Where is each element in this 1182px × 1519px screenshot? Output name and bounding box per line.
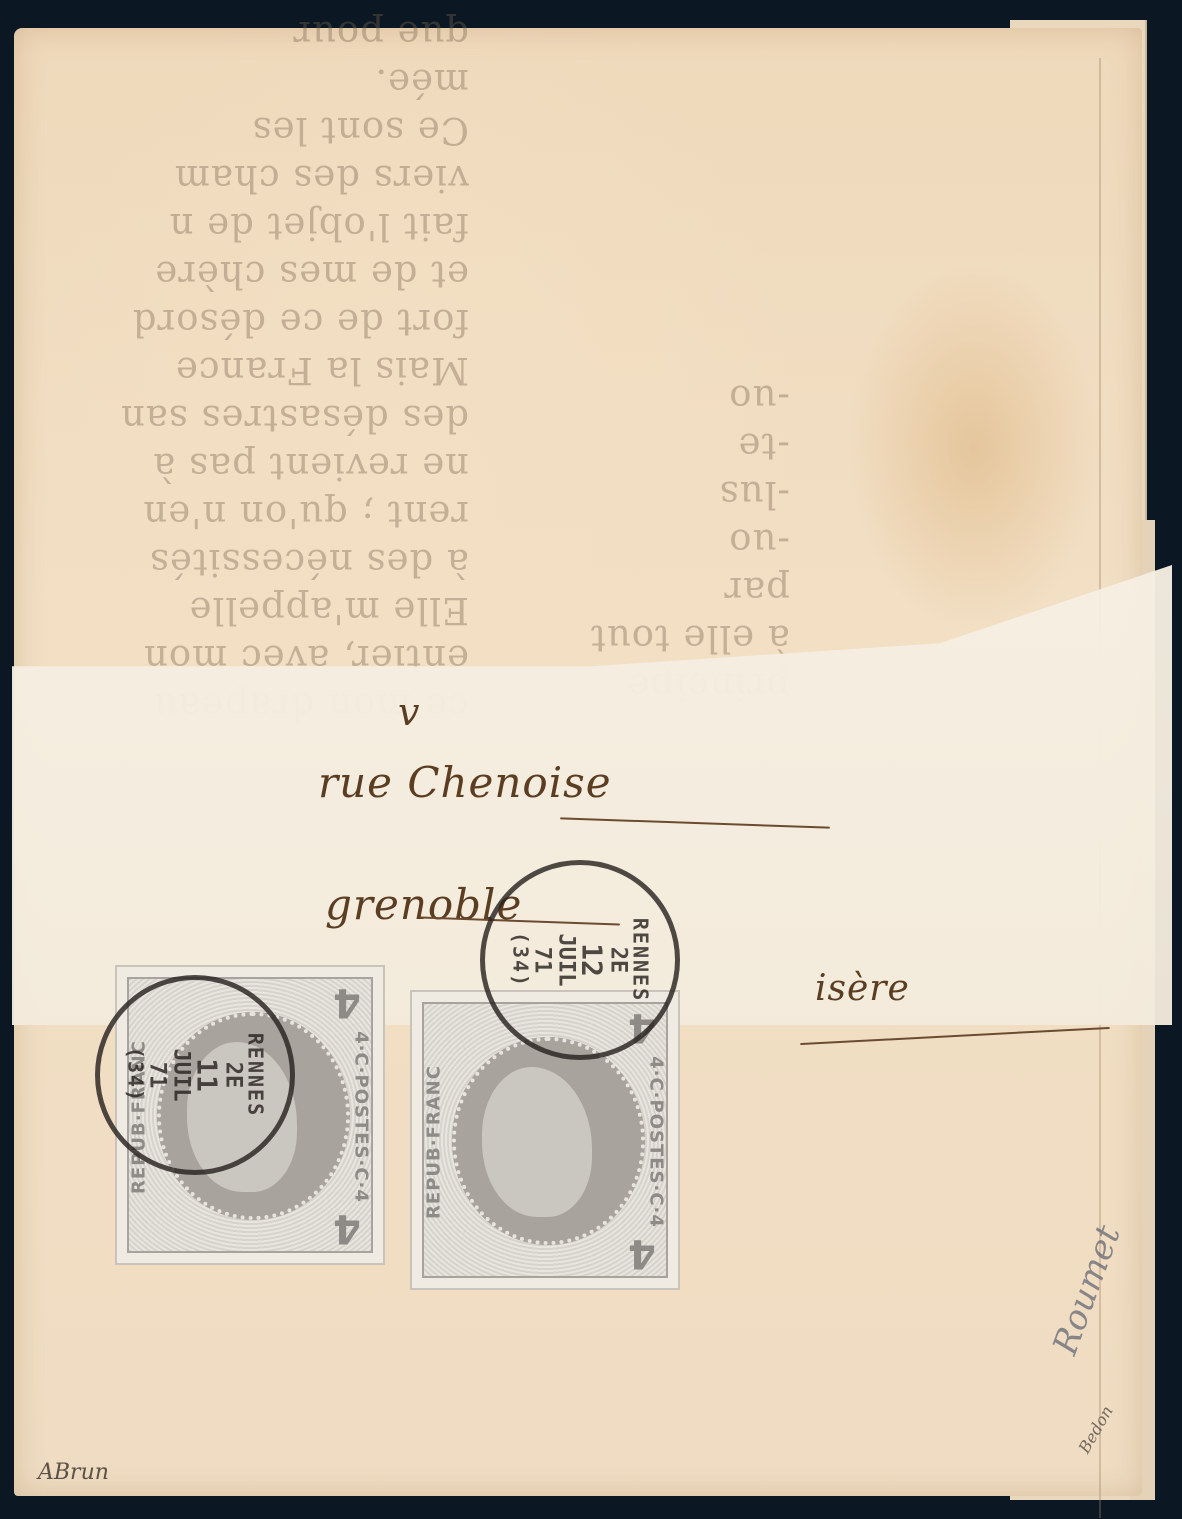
postmark-2-text: RENNES 2E 12 JUIL 71 (34) [510, 918, 651, 1002]
expert-mark-bottom-left: ABrun [38, 1460, 109, 1485]
postmark-year: 71 [531, 918, 554, 1002]
postmark-1-text: RENNES 2E 11 JUIL 71 (34) [125, 1033, 266, 1117]
news-line: à elle tout [590, 614, 790, 662]
news-line: -uo [590, 518, 790, 566]
stamp-inscription-right: 4·C·POSTES·C·4 [646, 1056, 667, 1228]
news-line: -uo [590, 374, 790, 422]
news-line: -lus [590, 470, 790, 518]
newspaper-column-left: principe à elle tout par -uo -lus -te -u… [590, 110, 790, 710]
news-line: Elle m'appelle [120, 586, 469, 634]
stamp-inscription-right: 4·C·POSTES·C·4 [351, 1031, 372, 1203]
stamp-value-bottom: 4 [628, 1230, 656, 1276]
postmark-year: 71 [146, 1033, 169, 1117]
postmark-month: JUIL [169, 1033, 192, 1117]
postmark-month: JUIL [554, 918, 577, 1002]
stamp-value-bottom: 4 [333, 1205, 361, 1251]
postmark-city: RENNES [629, 918, 650, 1002]
address-line-2: rue Chenoise [318, 758, 612, 807]
news-line: fait l'objet de n [120, 202, 469, 250]
postmark-dept: (34) [510, 918, 531, 1002]
postmark-day: 12 [577, 918, 606, 1002]
news-line: à des nécessités [120, 538, 469, 586]
address-line-1: v [398, 690, 420, 734]
news-line: mée. [120, 58, 469, 106]
stamp-value-top: 4 [333, 979, 361, 1025]
news-line: Ce sont les [120, 106, 469, 154]
news-line: que pour [120, 10, 469, 58]
postmark-day: 11 [192, 1033, 221, 1117]
postmark-dept: (34) [125, 1033, 146, 1117]
address-department: isère [815, 968, 910, 1009]
news-line: rent ; qu'on n'en [120, 490, 469, 538]
news-line: par [590, 566, 790, 614]
postmark-hour: 2E [606, 918, 629, 1002]
news-line: fort de ce désord [120, 298, 469, 346]
news-line: et de mes chère [120, 250, 469, 298]
postmark-1: RENNES 2E 11 JUIL 71 (34) [95, 975, 295, 1175]
stamp-inscription-left: REPUB·FRANC [424, 1065, 445, 1219]
newspaper-column-right: ce mon drapeau entier, avec mon Elle m'a… [120, 30, 469, 730]
news-line: -te [590, 422, 790, 470]
postmark-city: RENNES [244, 1033, 265, 1117]
news-line: ne revient pas à [120, 442, 469, 490]
postmark-hour: 2E [221, 1033, 244, 1117]
news-line: Mais la France [120, 346, 469, 394]
postmark-2: RENNES 2E 12 JUIL 71 (34) [480, 860, 680, 1060]
news-line: viers des cham [120, 154, 469, 202]
news-line: des désastres san [120, 394, 469, 442]
